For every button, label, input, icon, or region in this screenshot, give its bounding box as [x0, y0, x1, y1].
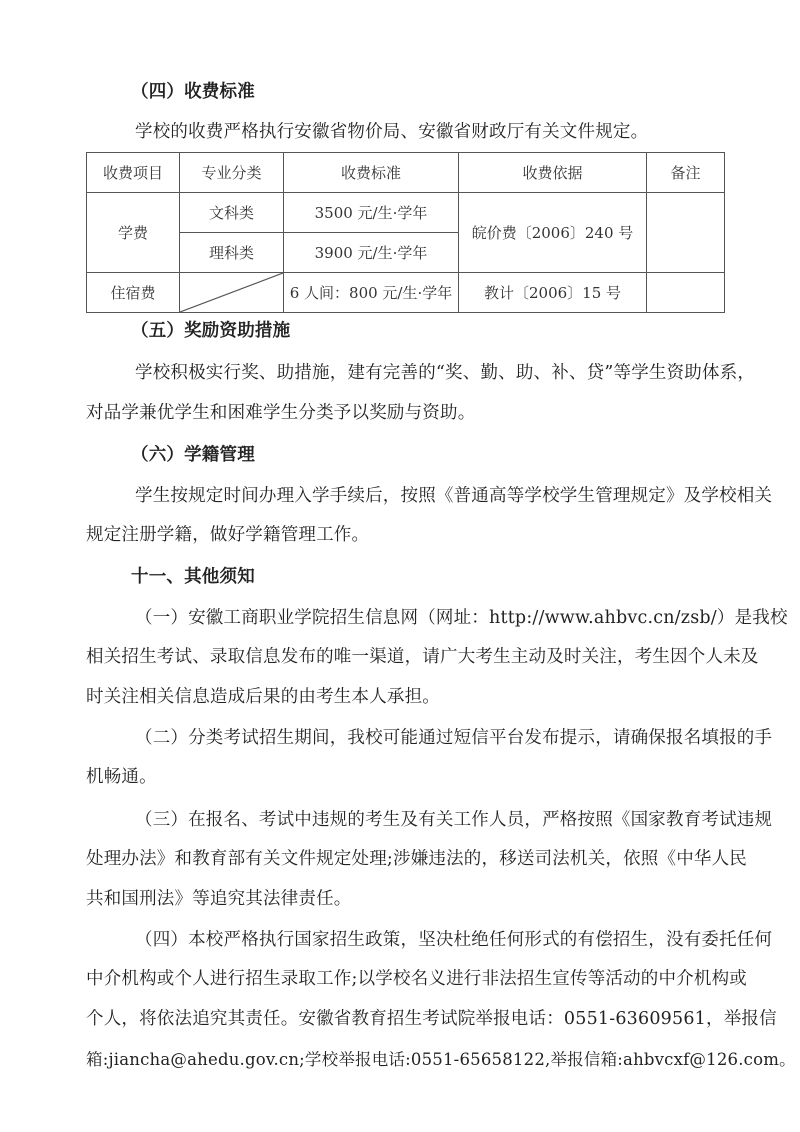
- standard-cell: 6 人间：800 元/生·学年: [284, 273, 459, 313]
- header-cell: 收费项目: [87, 153, 180, 193]
- paragraph-line: 机畅通。: [86, 765, 718, 789]
- paragraph-line: （三）在报名、考试中违规的考生及有关工作人员，严格按照《国家教育考试违规: [135, 808, 718, 832]
- fee-table: 收费项目 专业分类 收费标准 收费依据 备注 学费 文科类 3500 元/生·学…: [86, 152, 725, 313]
- fees-intro: 学校的收费严格执行安徽省物价局、安徽省财政厅有关文件规定。: [135, 120, 718, 144]
- category-cell: 理科类: [180, 233, 284, 273]
- header-cell: 备注: [647, 153, 725, 193]
- table-row: 住宿费 6 人间：800 元/生·学年 教计〔2006〕15 号: [87, 273, 725, 313]
- paragraph-line: 学生按规定时间办理入学手续后，按照《普通高等学校学生管理规定》及学校相关: [135, 484, 718, 508]
- table-row: 学费 文科类 3500 元/生·学年 皖价费〔2006〕240 号: [87, 193, 725, 233]
- paragraph-line: 学校积极实行奖、助措施，建有完善的“奖、勤、助、补、贷”等学生资助体系，: [135, 361, 718, 385]
- diagonal-line-icon: [180, 273, 283, 312]
- paragraph-line: 处理办法》和教育部有关文件规定处理;涉嫌违法的，移送司法机关，依照《中华人民: [86, 847, 718, 871]
- paragraph-line: 规定注册学籍，做好学籍管理工作。: [86, 523, 718, 547]
- paragraph-line: （四）本校严格执行国家招生政策，坚决杜绝任何形式的有偿招生，没有委托任何: [135, 928, 718, 952]
- basis-cell: 皖价费〔2006〕240 号: [459, 193, 647, 273]
- paragraph-line: 箱:jiancha@ahedu.gov.cn;学校举报电话:0551-65658…: [86, 1048, 718, 1072]
- header-cell: 收费标准: [284, 153, 459, 193]
- header-cell: 专业分类: [180, 153, 284, 193]
- section-heading-other: 十一、其他须知: [131, 565, 763, 589]
- fee-table-header-row: 收费项目 专业分类 收费标准 收费依据 备注: [87, 153, 725, 193]
- paragraph-line: 相关招生考试、录取信息发布的唯一渠道，请广大考生主动及时关注，考生因个人未及: [86, 645, 718, 669]
- tuition-item-cell: 学费: [87, 193, 180, 273]
- paragraph-line: 时关注相关信息造成后果的由考生本人承担。: [86, 685, 718, 709]
- basis-cell: 教计〔2006〕15 号: [459, 273, 647, 313]
- paragraph-line: 对品学兼优学生和困难学生分类予以奖励与资助。: [86, 401, 718, 425]
- lodging-item-cell: 住宿费: [87, 273, 180, 313]
- header-cell: 收费依据: [459, 153, 647, 193]
- section-heading-fees: （四）收费标准: [131, 80, 763, 104]
- note-cell: [647, 193, 725, 273]
- paragraph-line: （一）安徽工商职业学院招生信息网（网址：http://www.ahbvc.cn/…: [135, 606, 718, 630]
- paragraph-line: （二）分类考试招生期间，我校可能通过短信平台发布提示，请确保报名填报的手: [135, 726, 718, 750]
- section-heading-registry: （六）学籍管理: [131, 443, 763, 467]
- category-cell: 文科类: [180, 193, 284, 233]
- paragraph-line: 中介机构或个人进行招生录取工作;以学校名义进行非法招生宣传等活动的中介机构或: [86, 967, 718, 991]
- standard-cell: 3900 元/生·学年: [284, 233, 459, 273]
- standard-cell: 3500 元/生·学年: [284, 193, 459, 233]
- section-heading-aid: （五）奖励资助措施: [131, 319, 763, 343]
- paragraph-line: 个人，将依法追究其责任。安徽省教育招生考试院举报电话：0551-63609561…: [86, 1007, 718, 1031]
- note-cell: [647, 273, 725, 313]
- paragraph-line: 共和国刑法》等追究其法律责任。: [86, 887, 718, 911]
- diagonal-empty-cell: [180, 273, 284, 313]
